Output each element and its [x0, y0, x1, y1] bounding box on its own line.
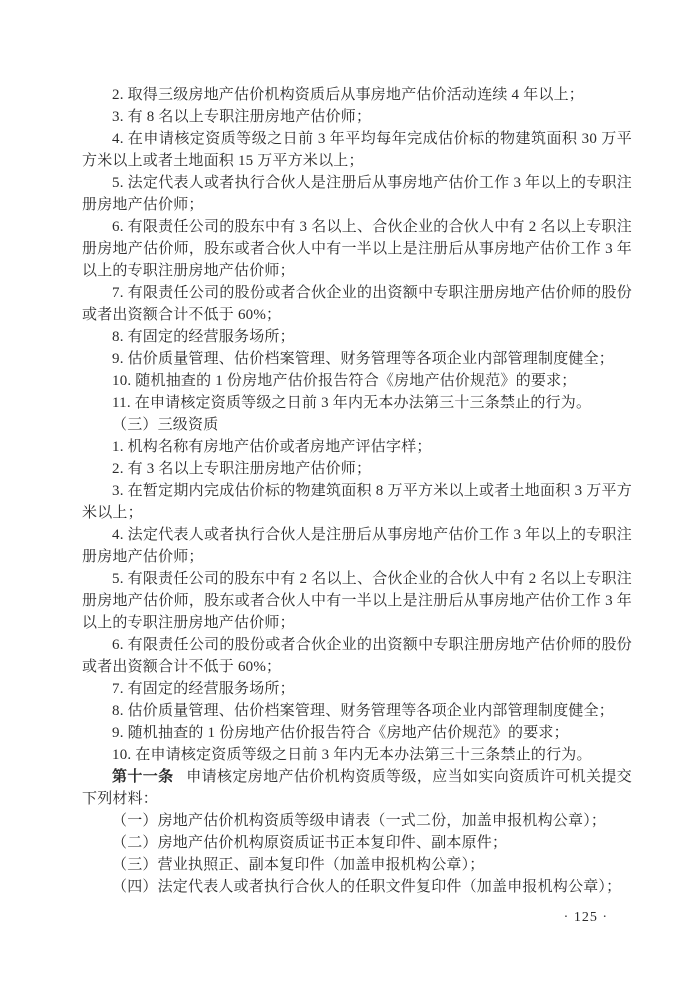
- paragraph: 3. 在暂定期内完成估价标的物建筑面积 8 万平方米以上或者土地面积 3 万平方…: [82, 480, 632, 524]
- document-body: 2. 取得三级房地产估价机构资质后从事房地产估价活动连续 4 年以上；3. 有 …: [82, 84, 632, 898]
- paragraph: 2. 取得三级房地产估价机构资质后从事房地产估价活动连续 4 年以上；: [82, 84, 632, 106]
- paragraph: 7. 有限责任公司的股份或者合伙企业的出资额中专职注册房地产估价师的股份或者出资…: [82, 282, 632, 326]
- paragraph: 4. 法定代表人或者执行合伙人是注册后从事房地产估价工作 3 年以上的专职注册房…: [82, 524, 632, 568]
- paragraph: 8. 估价质量管理、估价档案管理、财务管理等各项企业内部管理制度健全；: [82, 700, 632, 722]
- paragraph: 7. 有固定的经营服务场所；: [82, 678, 632, 700]
- paragraph: （四）法定代表人或者执行合伙人的任职文件复印件（加盖申报机构公章）；: [82, 876, 632, 898]
- paragraph: 6. 有限责任公司的股东中有 3 名以上、合伙企业的合伙人中有 2 名以上专职注…: [82, 216, 632, 282]
- page-number: · 125 ·: [564, 908, 608, 928]
- document-page: 2. 取得三级房地产估价机构资质后从事房地产估价活动连续 4 年以上；3. 有 …: [0, 0, 699, 982]
- paragraph: 6. 有限责任公司的股份或者合伙企业的出资额中专职注册房地产估价师的股份或者出资…: [82, 634, 632, 678]
- paragraph: 4. 在申请核定资质等级之日前 3 年平均每年完成估价标的物建筑面积 30 万平…: [82, 128, 632, 172]
- paragraph: 10. 在申请核定资质等级之日前 3 年内无本办法第三十三条禁止的行为。: [82, 744, 632, 766]
- article-paragraph: 第十一条申请核定房地产估价机构资质等级，应当如实向资质许可机关提交下列材料：: [82, 766, 632, 810]
- paragraph: 9. 随机抽查的 1 份房地产估价报告符合《房地产估价规范》的要求；: [82, 722, 632, 744]
- paragraph: 3. 有 8 名以上专职注册房地产估价师；: [82, 106, 632, 128]
- paragraph: 8. 有固定的经营服务场所；: [82, 326, 632, 348]
- paragraph: （二）房地产估价机构原资质证书正本复印件、副本原件；: [82, 832, 632, 854]
- paragraph: 5. 法定代表人或者执行合伙人是注册后从事房地产估价工作 3 年以上的专职注册房…: [82, 172, 632, 216]
- paragraph: 9. 估价质量管理、估价档案管理、财务管理等各项企业内部管理制度健全；: [82, 348, 632, 370]
- paragraph: 5. 有限责任公司的股东中有 2 名以上、合伙企业的合伙人中有 2 名以上专职注…: [82, 568, 632, 634]
- paragraph: 2. 有 3 名以上专职注册房地产估价师；: [82, 458, 632, 480]
- paragraph: 1. 机构名称有房地产估价或者房地产评估字样；: [82, 436, 632, 458]
- paragraph: （三）三级资质: [82, 414, 632, 436]
- paragraph: （三）营业执照正、副本复印件（加盖申报机构公章）；: [82, 854, 632, 876]
- paragraph: （一）房地产估价机构资质等级申请表（一式二份，加盖申报机构公章）；: [82, 810, 632, 832]
- paragraph: 10. 随机抽查的 1 份房地产估价报告符合《房地产估价规范》的要求；: [82, 370, 632, 392]
- article-label: 第十一条: [112, 769, 174, 785]
- paragraph: 11. 在申请核定资质等级之日前 3 年内无本办法第三十三条禁止的行为。: [82, 392, 632, 414]
